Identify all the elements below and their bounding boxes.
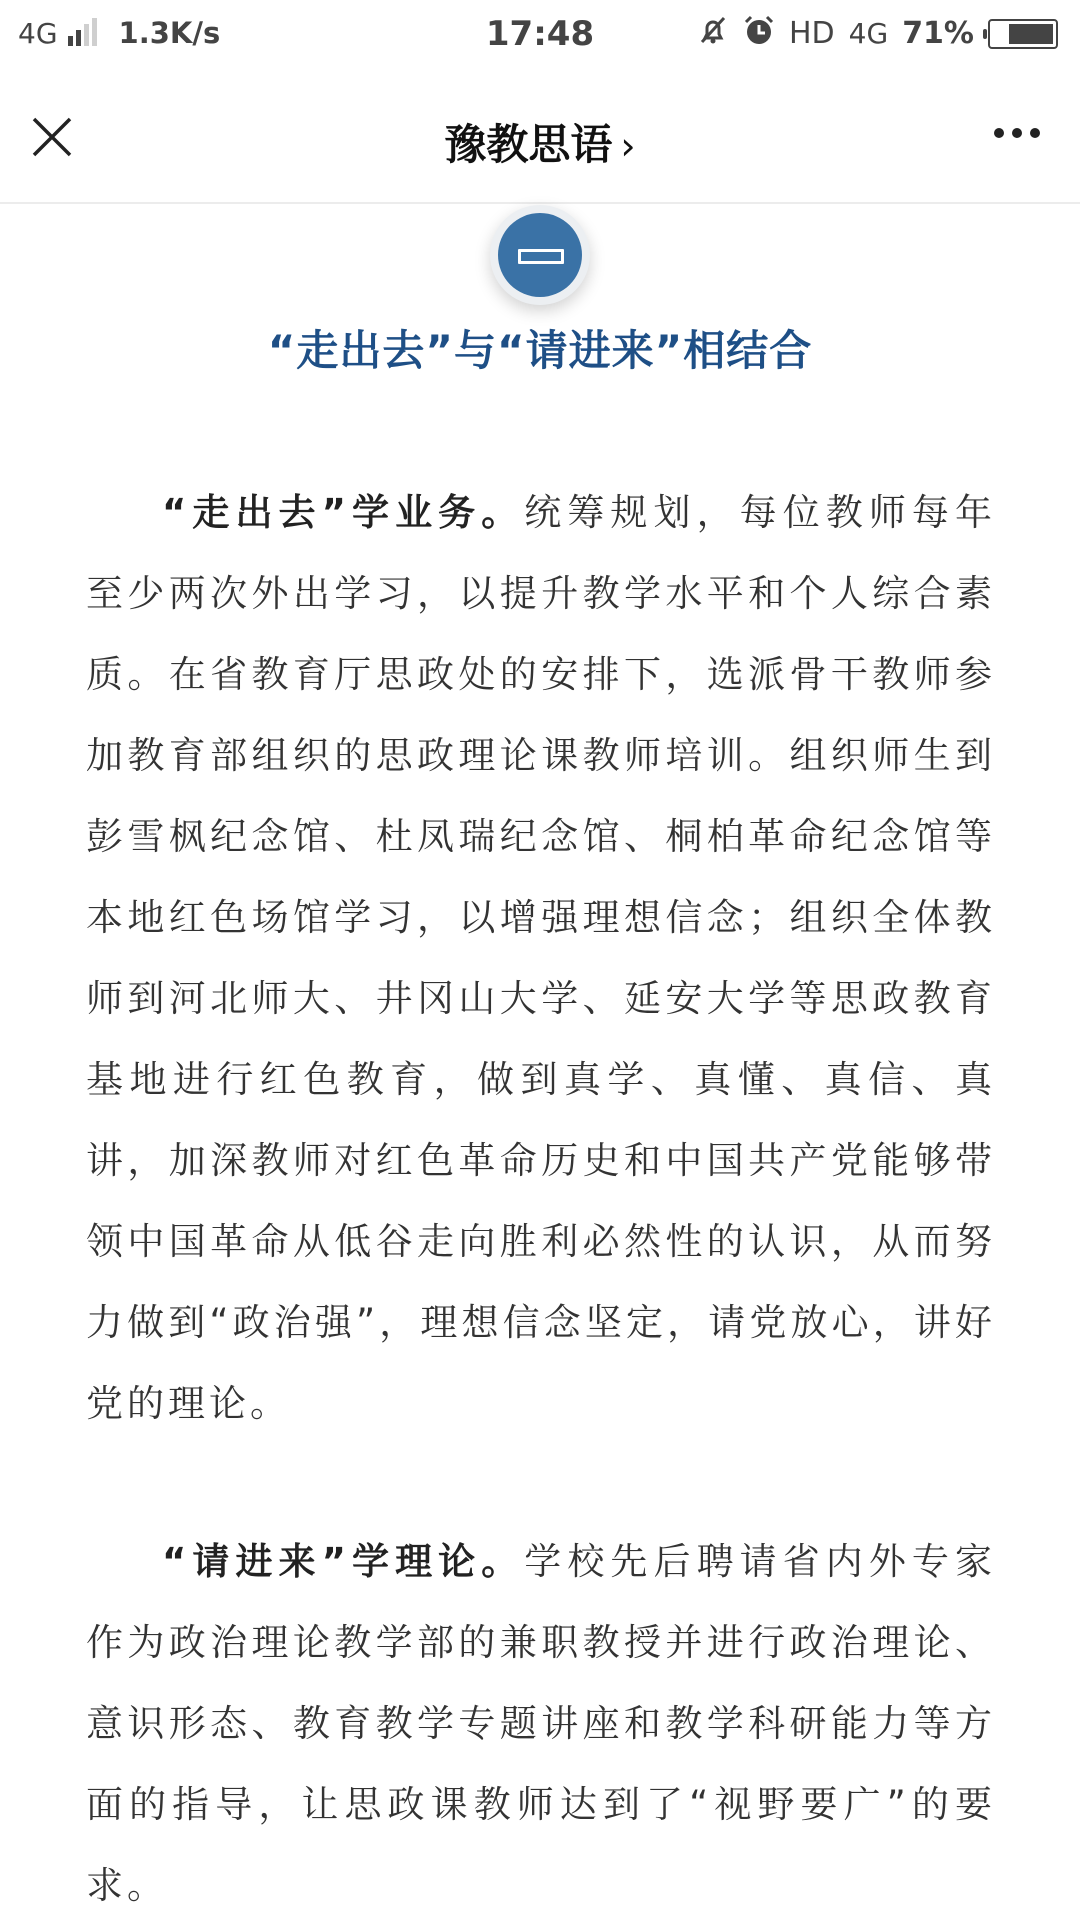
article-paragraph-2: “请进来”学理论。学校先后聘请省内外专家作为政治理论教学部的兼职教授并进行政治理…: [86, 1521, 996, 1920]
battery-icon: [988, 19, 1058, 49]
hd-indicator: HD: [789, 16, 835, 51]
network-type-right: 4G: [849, 17, 889, 50]
paragraph-lead: “走出去”学业务。: [162, 491, 524, 534]
alarm-icon: [743, 14, 775, 53]
paragraph-body: 学校先后聘请省内外专家作为政治理论教学部的兼职教授并进行政治理论、意识形态、教育…: [86, 1540, 996, 1907]
battery-percent: 71%: [902, 16, 974, 51]
status-right: HD 4G 71%: [697, 14, 1058, 53]
number-one-glyph: [518, 249, 564, 264]
paragraph-body: 统筹规划，每位教师每年至少两次外出学习，以提升教学水平和个人综合素质。在省教育厅…: [86, 491, 996, 1425]
nav-bar: 豫教思语›: [0, 72, 1080, 204]
status-bar: 4G 1.3K/s 17:48 HD 4G 71%: [0, 0, 1080, 72]
account-title-link[interactable]: 豫教思语›: [0, 112, 1080, 172]
more-dot: [1030, 128, 1040, 138]
more-dot: [994, 128, 1004, 138]
more-dot: [1012, 128, 1022, 138]
mute-bell-icon: [697, 14, 729, 53]
more-button[interactable]: [994, 128, 1040, 138]
page-title: 豫教思语: [444, 120, 612, 169]
article-paragraph-1: “走出去”学业务。统筹规划，每位教师每年至少两次外出学习，以提升教学水平和个人综…: [86, 472, 996, 1444]
chevron-right-icon: ›: [620, 124, 635, 168]
section-title: “走出去”与“请进来”相结合: [0, 318, 1080, 378]
paragraph-lead: “请进来”学理论。: [162, 1540, 524, 1583]
section-number-badge: [490, 205, 590, 305]
badge-circle: [498, 213, 582, 297]
